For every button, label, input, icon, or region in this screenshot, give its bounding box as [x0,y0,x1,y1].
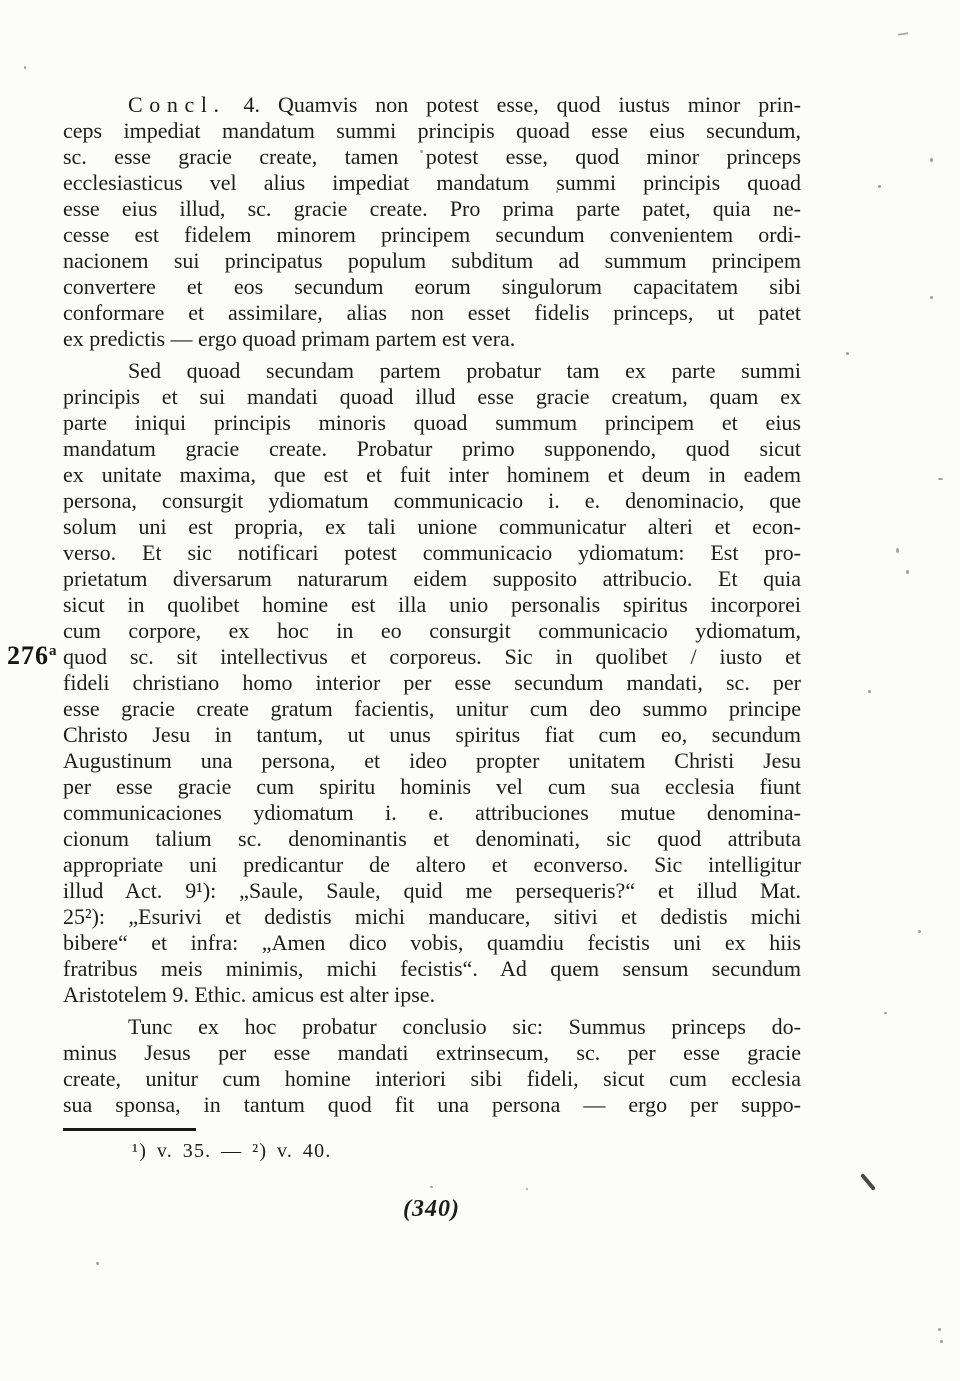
text-line: Sed quoad secundam partem probatur tam e… [63,358,801,384]
text-line: esse eius illud, sc. gracie create. Pro … [63,196,801,222]
text-segment: Sed quoad secundam partem probatur tam e… [128,358,801,383]
margin-folio-note: 276a [7,641,58,671]
text-line: Christo Jesu in tantum, ut unus spiritus… [63,722,801,748]
text-segment: Aristotelem 9. Ethic. amicus est alter i… [63,982,435,1007]
text-segment: per esse gracie cum spiritu hominis vel … [63,774,801,799]
text-line: quod sc. sit intellectivus et corporeus.… [63,644,801,670]
text-segment: fratribus meis minimis, michi fecistis“.… [63,956,801,981]
text-line: Augustinum una persona, et ideo propter … [63,748,801,774]
text-segment: minus Jesus per esse mandati extrinsecum… [63,1040,801,1065]
text-line: minus Jesus per esse mandati extrinsecum… [63,1040,801,1066]
text-line: sc. esse gracie create, tamen potest ess… [63,144,801,170]
text-line: Tunc ex hoc probatur conclusio sic: Summ… [63,1014,801,1040]
text-line: ex predictis — ergo quoad primam partem … [63,326,801,352]
text-line: sua sponsa, in tantum quod fit una perso… [63,1092,801,1118]
text-line: mandatum gracie create. Probatur primo s… [63,436,801,462]
text-line: ecclesiasticus vel alius impediat mandat… [63,170,801,196]
scan-speck [868,690,871,693]
body-text: Concl. 4. Quamvis non potest esse, quod … [63,92,801,1124]
scan-speck [930,296,933,299]
text-line: ex unitate maxima, que est et fuit inter… [63,462,801,488]
text-segment: persona, consurgit ydiomatum communicaci… [63,488,801,513]
paragraph: Sed quoad secundam partem probatur tam e… [63,358,801,1008]
paragraph: Concl. 4. Quamvis non potest esse, quod … [63,92,801,352]
text-line: sicut in quolibet homine est illa unio p… [63,592,801,618]
text-segment: Christo Jesu in tantum, ut unus spiritus… [63,722,801,747]
text-segment: ex unitate maxima, que est et fuit inter… [63,462,801,487]
text-segment: esse eius illud, sc. gracie create. Pro … [63,196,801,221]
text-segment: 25²): „Esurivi et dedistis michi manduca… [63,904,801,929]
scan-speck [940,1340,943,1343]
scan-speck [930,158,933,162]
text-line: cesse est fidelem minorem principem secu… [63,222,801,248]
text-line: persona, consurgit ydiomatum communicaci… [63,488,801,514]
text-line: cionum talium sc. denominantis et denomi… [63,826,801,852]
text-segment: conformare et assimilare, alias non esse… [63,300,801,325]
text-line: conformare et assimilare, alias non esse… [63,300,801,326]
text-line: 25²): „Esurivi et dedistis michi manduca… [63,904,801,930]
text-segment: nacionem sui principatus populum subditu… [63,248,801,273]
text-segment: communicaciones ydiomatum i. e. attribuc… [63,800,801,825]
text-line: fratribus meis minimis, michi fecistis“.… [63,956,801,982]
scan-speck [884,1012,887,1014]
scan-artifact [860,1173,876,1191]
text-line: bibere“ et infra: „Amen dico vobis, quam… [63,930,801,956]
text-segment: cesse est fidelem minorem principem secu… [63,222,801,247]
text-line: convertere et eos secundum eorum singulo… [63,274,801,300]
text-segment: convertere et eos secundum eorum singulo… [63,274,801,299]
scanned-book-page: 276a Concl. 4. Quamvis non potest esse, … [0,0,960,1381]
text-line: communicaciones ydiomatum i. e. attribuc… [63,800,801,826]
text-line: fideli christiano homo interior per esse… [63,670,801,696]
scan-speck [556,190,558,193]
text-line: nacionem sui principatus populum subditu… [63,248,801,274]
scan-speck [96,1262,99,1265]
text-segment: sc. esse gracie create, tamen potest ess… [63,144,801,169]
margin-folio-superscript: a [49,643,58,659]
text-line: create, unitur cum homine interiori sibi… [63,1066,801,1092]
text-segment: 4. Quamvis non potest esse, quod iustus … [226,92,801,117]
text-line: Concl. 4. Quamvis non potest esse, quod … [63,92,801,118]
text-segment: quod sc. sit intellectivus et corporeus.… [63,644,801,669]
scan-speck [846,352,849,355]
text-line: principis et sui mandati quoad illud ess… [63,384,801,410]
text-segment: Augustinum una persona, et ideo propter … [63,748,801,773]
scan-speck [938,478,943,480]
footnote: ¹) v. 35. — ²) v. 40. [132,1140,332,1163]
scan-speck [918,930,921,933]
text-line: verso. Et sic notificari potest communic… [63,540,801,566]
text-segment: cionum talium sc. denominantis et denomi… [63,826,801,851]
scan-speck [24,66,26,69]
text-segment: fideli christiano homo interior per esse… [63,670,801,695]
text-line: solum uni est propria, ex tali unione co… [63,514,801,540]
scan-speck [420,150,423,153]
text-segment: ecclesiasticus vel alius impediat mandat… [63,170,801,195]
scan-artifact [898,32,908,35]
text-segment: esse gracie create gratum facientis, uni… [63,696,801,721]
text-segment: solum uni est propria, ex tali unione co… [63,514,801,539]
text-line: illud Act. 9¹): „Saule, Saule, quid me p… [63,878,801,904]
text-line: prietatum diversarum naturarum eidem sup… [63,566,801,592]
scan-speck [896,548,899,553]
scan-speck [430,1186,433,1188]
margin-folio-number: 276 [7,641,49,670]
text-segment: prietatum diversarum naturarum eidem sup… [63,566,801,591]
text-segment: mandatum gracie create. Probatur primo s… [63,436,801,461]
text-line: ceps impediat mandatum summi principis q… [63,118,801,144]
footnote-rule [63,1128,196,1131]
text-segment: bibere“ et infra: „Amen dico vobis, quam… [63,930,801,955]
text-segment: create, unitur cum homine interiori sibi… [63,1066,801,1091]
scan-speck [662,100,664,102]
text-segment: sua sponsa, in tantum quod fit una perso… [63,1092,801,1117]
text-segment: verso. Et sic notificari potest communic… [63,540,801,565]
text-segment: ceps impediat mandatum summi principis q… [63,118,801,143]
text-segment: illud Act. 9¹): „Saule, Saule, quid me p… [63,878,801,903]
text-line: per esse gracie cum spiritu hominis vel … [63,774,801,800]
letterspaced-word: Concl. [128,92,226,117]
text-line: cum corpore, ex hoc in eo consurgit comm… [63,618,801,644]
text-segment: sicut in quolibet homine est illa unio p… [63,592,801,617]
scan-speck [878,185,881,188]
text-line: Aristotelem 9. Ethic. amicus est alter i… [63,982,801,1008]
text-segment: ex predictis — ergo quoad primam partem … [63,326,515,351]
text-line: parte iniqui principis minoris quoad sum… [63,410,801,436]
scan-speck [526,1188,528,1190]
text-line: esse gracie create gratum facientis, uni… [63,696,801,722]
text-segment: principis et sui mandati quoad illud ess… [63,384,801,409]
page-number: (340) [403,1196,460,1223]
text-segment: cum corpore, ex hoc in eo consurgit comm… [63,618,801,643]
text-line: appropriate uni predicantur de altero et… [63,852,801,878]
scan-speck [938,1328,941,1331]
paragraph: Tunc ex hoc probatur conclusio sic: Summ… [63,1014,801,1118]
text-segment: parte iniqui principis minoris quoad sum… [63,410,801,435]
text-segment: appropriate uni predicantur de altero et… [63,852,801,877]
scan-speck [906,570,909,574]
text-segment: Tunc ex hoc probatur conclusio sic: Summ… [128,1014,801,1039]
